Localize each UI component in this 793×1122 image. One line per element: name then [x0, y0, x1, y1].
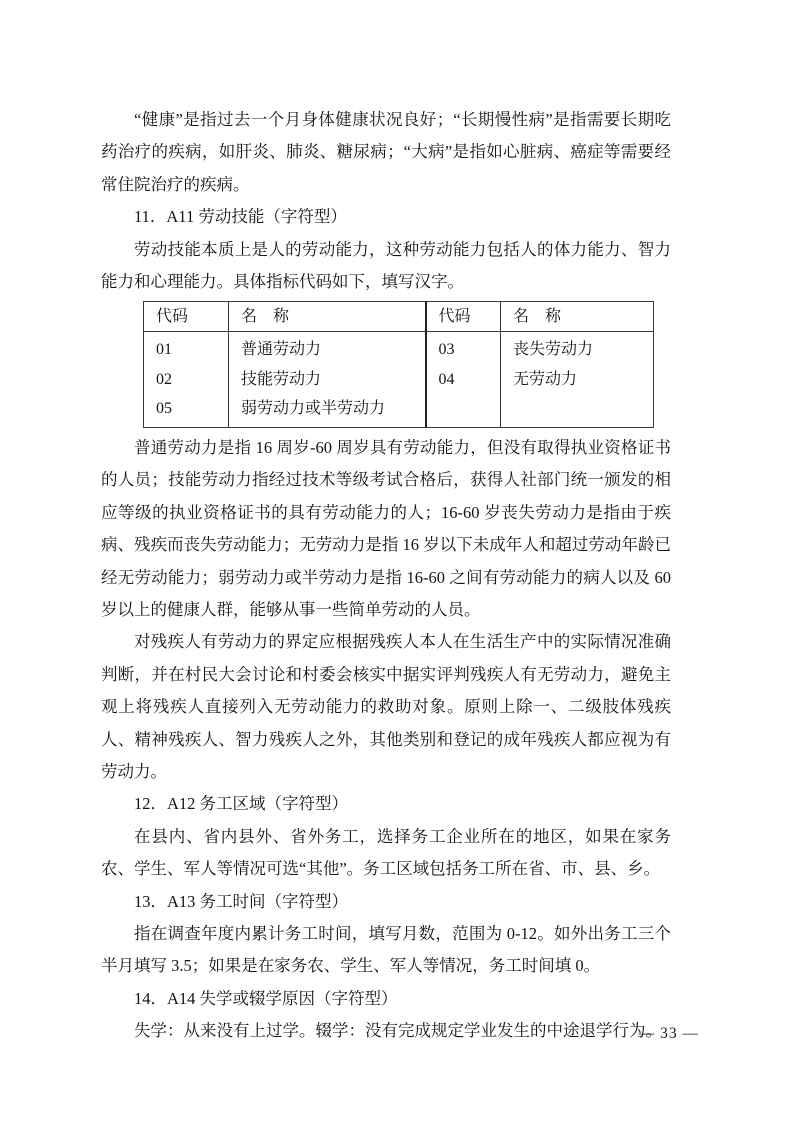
table-header-code-right: 代码	[426, 302, 501, 332]
document-page: “健康”是指过去一个月身体健康状况良好；“长期慢性病”是指需要长期吃药治疗的疾病…	[0, 0, 793, 1122]
code-name: 丧失劳动力	[513, 335, 653, 365]
table-body-row: 01 02 05 普通劳动力 技能劳动力 弱劳动力或半劳动力 03 04	[144, 332, 654, 428]
code-name: 弱劳动力或半劳动力	[241, 394, 425, 424]
table-header-code-left: 代码	[144, 302, 229, 332]
section-13-heading: 13．A13 务工时间（字符型）	[101, 886, 671, 918]
paragraph-work-time: 指在调查年度内累计务工时间，填写月数，范围为 0-12。如外出务工三个半月填写 …	[101, 918, 671, 983]
section-14-heading: 14．A14 失学或辍学原因（字符型）	[101, 983, 671, 1015]
section-11-heading: 11．A11 劳动技能（字符型）	[101, 201, 671, 233]
page-content: “健康”是指过去一个月身体健康状况良好；“长期慢性病”是指需要长期吃药治疗的疾病…	[101, 104, 671, 1048]
table-header-row: 代码 名 称 代码 名 称	[144, 302, 654, 332]
paragraph-dropout-definition: 失学：从来没有上过学。辍学：没有完成规定学业发生的中途退学行为。	[101, 1015, 671, 1047]
code-name: 技能劳动力	[241, 365, 425, 395]
paragraph-work-region: 在县内、省内县外、省外务工，选择务工企业所在的地区，如果在家务农、学生、军人等情…	[101, 821, 671, 886]
code-name: 无劳动力	[513, 365, 653, 395]
paragraph-health-definition: “健康”是指过去一个月身体健康状况良好；“长期慢性病”是指需要长期吃药治疗的疾病…	[101, 104, 671, 201]
labor-skill-code-table: 代码 名 称 代码 名 称 01 02 05 普通劳动力	[143, 301, 654, 428]
table-codes-left-cell: 01 02 05	[144, 332, 229, 428]
code-value: 02	[156, 365, 228, 395]
table-codes-right-cell: 03 04	[426, 332, 501, 428]
code-value: 01	[156, 335, 228, 365]
paragraph-labor-skill-intro: 劳动技能本质上是人的劳动能力，这种劳动能力包括人的体力能力、智力能力和心理能力。…	[101, 234, 671, 299]
paragraph-labor-skill-detail: 普通劳动力是指 16 周岁-60 周岁具有劳动能力，但没有取得执业资格证书的人员…	[101, 432, 671, 626]
code-value	[439, 394, 501, 424]
labor-skill-code-table-wrapper: 代码 名 称 代码 名 称 01 02 05 普通劳动力	[143, 301, 671, 428]
paragraph-disabled-labor-rule: 对残疾人有劳动力的界定应根据残疾人本人在生活生产中的实际情况准确判断，并在村民大…	[101, 626, 671, 788]
table-header-name-left: 名 称	[229, 302, 426, 332]
table-names-right-cell: 丧失劳动力 无劳动力	[501, 332, 654, 428]
code-name: 普通劳动力	[241, 335, 425, 365]
code-value: 05	[156, 394, 228, 424]
code-value: 03	[439, 335, 501, 365]
section-12-heading: 12．A12 务工区域（字符型）	[101, 788, 671, 820]
code-name	[513, 394, 653, 424]
page-number: — 33 —	[639, 1022, 699, 1046]
table-names-left-cell: 普通劳动力 技能劳动力 弱劳动力或半劳动力	[229, 332, 426, 428]
code-value: 04	[439, 365, 501, 395]
table-header-name-right: 名 称	[501, 302, 654, 332]
